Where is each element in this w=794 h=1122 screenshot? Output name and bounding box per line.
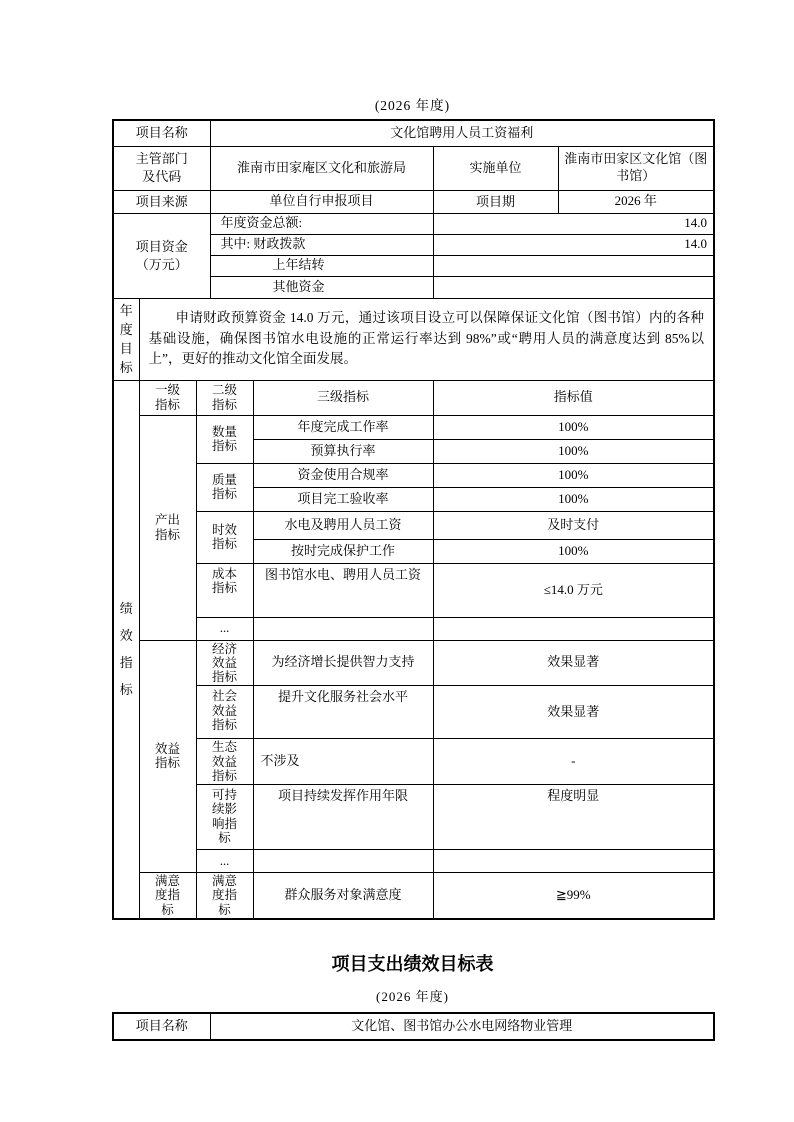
perf-header-level2: 二级 指标 — [196, 380, 253, 415]
impl-unit-label: 实施单位 — [433, 146, 558, 190]
perf-indicator-name — [253, 617, 433, 640]
year-caption-bottom: (2026 年度) — [112, 986, 713, 1005]
perf-indicator-name: 年度完成工作率 — [253, 415, 433, 439]
funds-fiscal-value: 14.0 — [433, 234, 714, 255]
source-value: 单位自行申报项目 — [210, 190, 433, 213]
perf-indicator-value: 100% — [433, 439, 714, 463]
second-table-title: 项目支出绩效目标表 — [112, 953, 713, 975]
perf-indicator-name — [253, 850, 433, 873]
perf-l2-social: 社会 效益 指标 — [196, 686, 253, 739]
perf-section-label: 绩 效 指 标 — [113, 380, 139, 919]
impl-unit-value: 淮南市田家区文化馆（图 书馆） — [558, 146, 714, 190]
perf-indicator-value: - — [433, 739, 714, 785]
project-name-label: 项目名称 — [113, 1013, 210, 1040]
perf-indicator-value: 100% — [433, 487, 714, 511]
perf-indicator-value: 效果显著 — [433, 640, 714, 686]
perf-indicator-name: 水电及聘用人员工资 — [253, 511, 433, 539]
perf-indicator-name: 图书馆水电、聘用人员工资 — [253, 563, 433, 617]
perf-l2-timeliness: 时效 指标 — [196, 511, 253, 563]
project-name-label: 项目名称 — [113, 120, 210, 146]
perf-indicator-value: 及时支付 — [433, 511, 714, 539]
perf-l2-ellipsis: ... — [196, 617, 253, 640]
perf-indicator-name: 不涉及 — [253, 739, 433, 785]
funds-other-label: 其他资金 — [210, 276, 433, 298]
perf-l2-quality: 质量 指标 — [196, 463, 253, 511]
period-value: 2026 年 — [558, 190, 714, 213]
year-caption-top: (2026 年度) — [112, 0, 713, 114]
perf-indicator-name: 为经济增长提供智力支持 — [253, 640, 433, 686]
funds-total-value: 14.0 — [433, 213, 714, 234]
period-label: 项目期 — [433, 190, 558, 213]
funds-fiscal-label: 其中: 财政拨款 — [210, 234, 433, 255]
perf-indicator-value: 100% — [433, 415, 714, 439]
funds-carryover-label: 上年结转 — [210, 255, 433, 276]
perf-indicator-value: 100% — [433, 539, 714, 563]
perf-l2-cost: 成本 指标 — [196, 563, 253, 617]
dept-value: 淮南市田家庵区文化和旅游局 — [210, 146, 433, 190]
dept-label: 主管部门 及代码 — [113, 146, 210, 190]
project-name-value: 文化馆聘用人员工资福利 — [210, 120, 714, 146]
perf-indicator-name: 按时完成保护工作 — [253, 539, 433, 563]
perf-group-output-label: 产出 指标 — [139, 415, 196, 640]
funds-label: 项目资金 （万元） — [113, 213, 210, 298]
project-name-value: 文化馆、图书馆办公水电网络物业管理 — [210, 1013, 714, 1040]
perf-l2-ellipsis: ... — [196, 850, 253, 873]
performance-target-table: 项目名称 文化馆聘用人员工资福利 主管部门 及代码 淮南市田家庵区文化和旅游局 … — [112, 119, 715, 920]
perf-indicator-name: 项目完工验收率 — [253, 487, 433, 511]
second-project-table: 项目名称 文化馆、图书馆办公水电网络物业管理 — [112, 1012, 715, 1041]
perf-indicator-name: 提升文化服务社会水平 — [253, 686, 433, 739]
funds-total-label: 年度资金总额: — [210, 213, 433, 234]
perf-indicator-value: 程度明显 — [433, 785, 714, 850]
perf-l2-economic: 经济 效益 指标 — [196, 640, 253, 686]
annual-goal-label: 年 度 目 标 — [113, 298, 139, 380]
perf-header-value: 指标值 — [433, 380, 714, 415]
perf-header-level3: 三级指标 — [253, 380, 433, 415]
perf-header-level1: 一级 指标 — [139, 380, 196, 415]
perf-l2-sustainability: 可持 续影 响指 标 — [196, 785, 253, 850]
funds-other-value — [433, 276, 714, 298]
perf-indicator-value: ≤14.0 万元 — [433, 563, 714, 617]
perf-indicator-value — [433, 850, 714, 873]
perf-indicator-value: 100% — [433, 463, 714, 487]
perf-group-benefit-label: 效益 指标 — [139, 640, 196, 873]
perf-indicator-name: 群众服务对象满意度 — [253, 873, 433, 919]
perf-indicator-value: ≧99% — [433, 873, 714, 919]
perf-group-satisfaction-label: 满意 度指 标 — [139, 873, 196, 919]
perf-l2-satisfaction: 满意 度指 标 — [196, 873, 253, 919]
perf-indicator-value — [433, 617, 714, 640]
source-label: 项目来源 — [113, 190, 210, 213]
perf-indicator-name: 资金使用合规率 — [253, 463, 433, 487]
perf-indicator-value: 效果显著 — [433, 686, 714, 739]
perf-l2-ecological: 生态 效益 指标 — [196, 739, 253, 785]
perf-indicator-name: 项目持续发挥作用年限 — [253, 785, 433, 850]
perf-l2-quantity: 数量 指标 — [196, 415, 253, 463]
perf-indicator-name: 预算执行率 — [253, 439, 433, 463]
funds-carryover-value — [433, 255, 714, 276]
annual-goal-text: 申请财政预算资金 14.0 万元，通过该项目设立可以保障保证文化馆（图书馆）内的… — [139, 298, 714, 380]
